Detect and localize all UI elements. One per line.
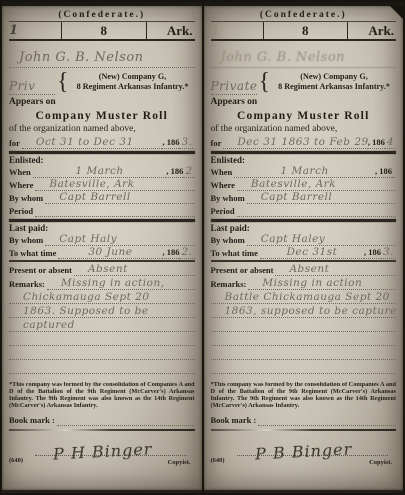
remarks-line: Battle Chickamauga Sept 20 [211,290,397,304]
blank-line [9,346,195,360]
enlisted-section-label: Enlisted: [211,155,397,165]
blank-line [9,332,195,346]
present-absent-line: Present or absent Absent [9,263,195,276]
book-mark-value [57,425,195,426]
enlisted-when-year [392,177,396,178]
period-value [237,216,396,217]
period-label: Period [9,206,35,217]
paid-to-time-value: Dec 31st [260,247,364,259]
paid-to-year: 3. [381,247,396,259]
remarks-label: Remarks: [211,279,249,290]
unit-designation: (New) Company G, 8 Regiment Arkansas Inf… [272,72,396,92]
period-line: Period [9,204,195,217]
unit-designation: (New) Company G, 8 Regiment Arkansas Inf… [71,72,195,92]
blank-line [211,346,397,360]
consolidation-footnote: *This company was formed by the consolid… [9,382,195,410]
muster-roll-subtitle: of the organization named above, [211,123,397,134]
remarks-value: Chickamauga Sept 20 [9,292,195,304]
enlisted-where-value: Batesville, Ark [237,179,396,191]
enlisted-by-whom-line: By whom Capt Barrell [9,191,195,204]
card-number: 1 [211,22,263,39]
present-absent-value: Absent [74,264,195,276]
muster-period-value: Dec 31 1863 to Feb 29 [223,137,367,149]
remarks-line: Remarks: Missing in action, [9,276,195,290]
card-header: 1 8 Ark. [211,21,397,41]
divider [211,260,397,262]
paid-by-whom-line: By whom Capt Haley [211,233,397,246]
divider [211,151,397,154]
enlisted-when-value: 1 March [234,166,375,178]
paid-to-time-value: 30 June [58,247,162,259]
for-label: for [211,138,224,149]
where-label: Where [211,180,237,191]
unit-brace: { [257,70,273,94]
to-what-time-label: To what time [9,248,58,259]
appears-on-label: Appears on [9,97,195,108]
paid-by-whom-line: By whom Capt Haly [9,233,195,246]
card-number: 1 [9,22,61,39]
divider [211,219,397,222]
book-mark-line: Book mark : [9,413,195,426]
year-prefix: , 186 [364,247,381,259]
book-mark-line: Book mark : [211,413,397,426]
remarks-value: Battle Chickamauga Sept 20 [211,292,397,304]
confederate-label: (Confederate.) [211,9,397,21]
plate-number: (640) [9,457,23,464]
divider [9,219,195,222]
signature-block: P B Binger Copyist. (640) [211,431,397,467]
rank-unit-row: Priv { (New) Company G, 8 Regiment Arkan… [9,69,195,95]
plate-number: (640) [211,457,225,464]
by-whom-label: By whom [9,235,45,246]
rank-unit-row: Private { (New) Company G, 8 Regiment Ar… [211,69,397,95]
soldier-name: John G. B. Nelson [9,47,195,68]
unit-brace: { [55,70,71,94]
present-absent-value: Absent [275,264,396,276]
by-whom-label: By whom [211,235,247,246]
enlisted-by-whom-value: Capt Barrell [45,192,194,204]
last-paid-section-label: Last paid: [9,223,195,233]
to-what-time-label: To what time [211,248,260,259]
year-prefix: , 186 [162,247,179,259]
when-label: When [211,167,235,178]
remarks-line: Remarks: Missing in action [211,276,397,290]
present-or-absent-label: Present or absent [9,265,74,276]
remarks-line: Chickamauga Sept 20 [9,290,195,304]
paid-by-whom-value: Capt Haly [45,234,194,246]
blank-line [211,360,397,374]
enlisted-when-line: When 1 March , 186 2 [9,165,195,178]
regiment-number: 8 [61,22,147,39]
copyist-label: Copyist. [168,459,191,466]
enlisted-where-line: Where Batesville, Ark [9,178,195,191]
present-or-absent-label: Present or absent [211,265,276,276]
by-whom-label: By whom [211,193,247,204]
state-abbrev: Ark. [147,22,195,39]
enlisted-where-line: Where Batesville, Ark [211,178,397,191]
enlisted-when-value: 1 March [33,166,167,178]
copyist-label: Copyist. [369,459,392,466]
remarks-line: 1863, supposed to be captured [211,304,397,318]
remarks-value: Missing in action [248,278,396,290]
muster-roll-title: Company Muster Roll [211,110,397,123]
remarks-line: 1863. Supposed to be [9,304,195,318]
muster-period-line: for Oct 31 to Dec 31 , 186 3. [9,134,195,149]
remarks-line [211,318,397,332]
muster-card-left: (Confederate.) 1 8 Ark. John G. B. Nelso… [2,2,202,493]
muster-roll-scan: (Confederate.) 1 8 Ark. John G. B. Nelso… [0,0,405,495]
year-prefix: , 186 [375,166,392,178]
muster-year-digit: 3. [179,137,194,149]
muster-card-right: (Confederate.) 1 8 Ark. John G. B. Nelso… [204,2,404,493]
for-label: for [9,138,22,149]
muster-roll-title: Company Muster Roll [9,110,195,123]
confederate-label: (Confederate.) [9,9,195,21]
last-paid-section-label: Last paid: [211,223,397,233]
book-mark-label: Book mark : [211,415,259,426]
enlisted-by-whom-line: By whom Capt Barrell [211,191,397,204]
where-label: Where [9,180,35,191]
by-whom-label: By whom [9,193,45,204]
remarks-label: Remarks: [9,279,47,290]
remarks-value: 1863. Supposed to be [9,306,195,318]
paid-to-year: 2. [179,247,194,259]
appears-on-label: Appears on [211,97,397,108]
photo-corner [390,6,403,19]
when-label: When [9,167,33,178]
book-mark-value [258,425,396,426]
remarks-value [211,331,397,332]
regiment-number: 8 [263,22,349,39]
enlisted-where-value: Batesville, Ark [35,179,194,191]
present-absent-line: Present or absent Absent [211,263,397,276]
muster-period-value: Oct 31 to Dec 31 [22,137,163,149]
year-prefix: , 186 [166,166,183,178]
unit-regiment: 8 Regiment Arkansas Infantry.* [278,82,390,91]
unit-regiment: 8 Regiment Arkansas Infantry.* [77,82,189,91]
year-prefix: , 186 [368,137,385,149]
enlisted-by-whom-value: Capt Barrell [247,192,396,204]
divider [9,260,195,262]
enlisted-when-year: 2 [183,166,194,178]
paid-to-time-line: To what time 30 June , 186 2. [9,246,195,259]
enlisted-when-line: When 1 March , 186 [211,165,397,178]
muster-period-line: for Dec 31 1863 to Feb 29 , 186 4 [211,134,397,149]
blank-line [211,332,397,346]
copyist-signature: P B Binger [254,439,352,463]
card-header: 1 8 Ark. [9,21,195,41]
consolidation-footnote: *This company was formed by the consolid… [211,382,397,410]
muster-year-digit: 4 [385,137,396,149]
remarks-value: 1863, supposed to be captured [211,306,397,318]
soldier-name: John G. B. Nelson [211,47,397,68]
remarks-line: captured [9,318,195,332]
soldier-rank: Private [211,78,257,95]
copyist-signature: P H Binger [53,439,153,463]
muster-roll-subtitle: of the organization named above, [9,123,195,134]
soldier-rank: Priv [9,78,55,95]
remarks-value: Missing in action, [47,278,195,290]
period-line: Period [211,204,397,217]
divider [9,151,195,154]
enlisted-section-label: Enlisted: [9,155,195,165]
paid-to-time-line: To what time Dec 31st , 186 3. [211,246,397,259]
paid-by-whom-value: Capt Haley [247,234,396,246]
state-abbrev: Ark. [348,22,396,39]
unit-company: (New) Company G, [99,72,167,81]
period-value [35,216,194,217]
signature-block: P H Binger Copyist. (640) [9,431,195,467]
book-mark-label: Book mark : [9,415,57,426]
blank-line [9,360,195,374]
year-prefix: , 186 [162,137,179,149]
unit-company: (New) Company G, [300,72,368,81]
period-label: Period [211,206,237,217]
remarks-value: captured [9,320,195,332]
